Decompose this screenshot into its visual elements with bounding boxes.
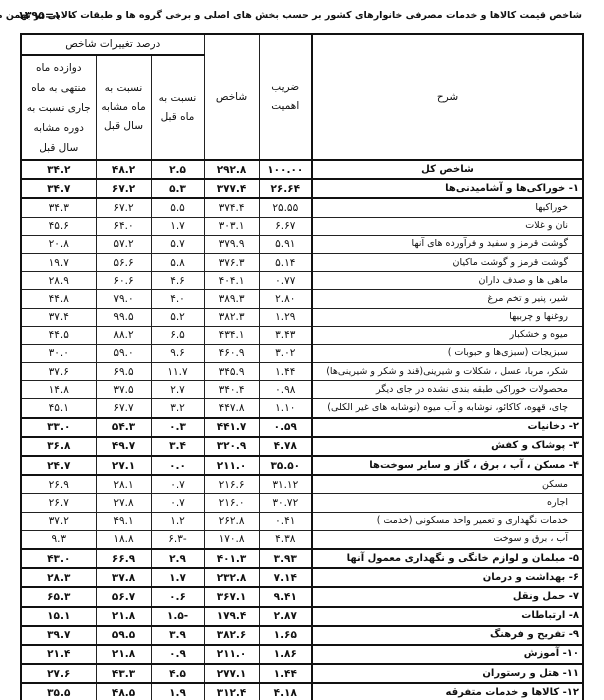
row-change-prev-month: ۰.۹ — [151, 645, 204, 664]
row-index: ۲۹۲.۸ — [204, 160, 259, 179]
header-vs-prev-month: نسبت به ماه قبل — [151, 55, 204, 160]
row-change-same-month-prev-year: ۲۷.۱ — [96, 456, 151, 475]
row-index: ۳۴۰.۴ — [204, 381, 259, 399]
row-change-same-month-prev-year: ۴۸.۲ — [96, 160, 151, 179]
row-description: آب ، برق و سوخت — [312, 530, 583, 549]
row-change-prev-month: ۰.۷ — [151, 475, 204, 494]
row-weight: ۵.۹۱ — [259, 235, 312, 253]
row-index: ۳۱۲.۴ — [204, 683, 259, 700]
row-description: شاخص کل — [312, 160, 583, 179]
row-change-twelve-month: ۴۵.۱ — [21, 399, 96, 418]
row-description: ۱۲- کالاها و خدمات متفرقه — [312, 683, 583, 700]
row-index: ۳۸۲.۳ — [204, 308, 259, 326]
row-change-same-month-prev-year: ۵۶.۷ — [96, 587, 151, 606]
row-weight: ۹.۴۱ — [259, 587, 312, 606]
row-change-twelve-month: ۲۴.۷ — [21, 456, 96, 475]
row-change-same-month-prev-year: ۳۷.۵ — [96, 381, 151, 399]
row-change-prev-month: ۵.۲ — [151, 308, 204, 326]
row-change-same-month-prev-year: ۵۹.۰ — [96, 344, 151, 362]
row-change-twelve-month: ۳۷.۴ — [21, 308, 96, 326]
row-change-prev-month: ۳.۲ — [151, 399, 204, 418]
row-weight: ۱۰۰.۰۰ — [259, 160, 312, 179]
row-index: ۱۷۹.۴ — [204, 607, 259, 626]
row-description: خدمات نگهداری و تعمیر واحد مسکونی (خدمت … — [312, 512, 583, 530]
row-description: ۲- دخانیات — [312, 418, 583, 437]
row-description: ۶- بهداشت و درمان — [312, 568, 583, 587]
row-change-prev-month: ۰.۶ — [151, 587, 204, 606]
row-description: اجاره — [312, 494, 583, 512]
table-row: ۲- دخانیات۰.۵۹۴۴۱.۷۰.۳۵۴.۳۳۳.۰ — [21, 418, 583, 437]
row-description: چای، قهوه، کاکائو، نوشابه و آب میوه (نوش… — [312, 399, 583, 418]
row-change-prev-month: ۱۱.۷ — [151, 363, 204, 381]
base-year-label: ۱۳۹۵=۱۰۰ — [18, 9, 74, 22]
row-change-same-month-prev-year: ۱۸.۸ — [96, 530, 151, 549]
row-weight: ۱.۱۰ — [259, 399, 312, 418]
row-change-twelve-month: ۹.۳ — [21, 530, 96, 549]
row-change-twelve-month: ۱۴.۸ — [21, 381, 96, 399]
row-description: ۹- تفریح و فرهنگ — [312, 626, 583, 645]
row-weight: ۲۶.۶۴ — [259, 179, 312, 198]
row-weight: ۱.۴۴ — [259, 363, 312, 381]
row-change-prev-month: ۱.۲ — [151, 512, 204, 530]
row-change-prev-month: ۲.۹ — [151, 549, 204, 568]
row-change-twelve-month: ۳۴.۷ — [21, 179, 96, 198]
table-row: ۱۲- کالاها و خدمات متفرقه۴.۱۸۳۱۲.۴۱.۹۴۸.… — [21, 683, 583, 700]
row-weight: ۰.۵۹ — [259, 418, 312, 437]
row-change-same-month-prev-year: ۶۷.۲ — [96, 198, 151, 217]
row-change-same-month-prev-year: ۲۷.۸ — [96, 494, 151, 512]
table-row: مسکن۳۱.۱۲۲۱۶.۶۰.۷۲۸.۱۲۶.۹ — [21, 475, 583, 494]
table-row: خوراکیها۲۵.۵۵۳۷۴.۴۵.۵۶۷.۲۳۴.۳ — [21, 198, 583, 217]
row-weight: ۳.۹۳ — [259, 549, 312, 568]
row-change-same-month-prev-year: ۲۱.۸ — [96, 645, 151, 664]
row-change-twelve-month: ۱۹.۷ — [21, 253, 96, 271]
row-index: ۲۱۱.۰ — [204, 645, 259, 664]
row-index: ۴۳۴.۱ — [204, 326, 259, 344]
row-change-twelve-month: ۳۰.۰ — [21, 344, 96, 362]
row-change-same-month-prev-year: ۵۷.۲ — [96, 235, 151, 253]
row-index: ۴۴۷.۸ — [204, 399, 259, 418]
row-weight: ۰.۹۸ — [259, 381, 312, 399]
row-weight: ۶.۶۷ — [259, 217, 312, 235]
table-row: چای، قهوه، کاکائو، نوشابه و آب میوه (نوش… — [21, 399, 583, 418]
row-change-prev-month: ۵.۷ — [151, 235, 204, 253]
row-weight: ۰.۷۷ — [259, 272, 312, 290]
table-row: ۶- بهداشت و درمان۷.۱۴۲۳۲.۸۱.۷۳۷.۸۲۸.۳ — [21, 568, 583, 587]
row-change-same-month-prev-year: ۴۹.۱ — [96, 512, 151, 530]
row-description: مسکن — [312, 475, 583, 494]
row-index: ۲۱۶.۶ — [204, 475, 259, 494]
row-index: ۳۷۴.۴ — [204, 198, 259, 217]
table-row: ماهی ها و صدف داران۰.۷۷۴۰۴.۱۴.۶۶۰.۶۲۸.۹ — [21, 272, 583, 290]
row-change-twelve-month: ۳۴.۲ — [21, 160, 96, 179]
row-change-same-month-prev-year: ۳۷.۸ — [96, 568, 151, 587]
row-change-prev-month: ۴.۵ — [151, 664, 204, 683]
table-row: ۱۰- آموزش۱.۸۶۲۱۱.۰۰.۹۲۱.۸۲۱.۴ — [21, 645, 583, 664]
table-row: روغنها و چربیها۱.۲۹۳۸۲.۳۵.۲۹۹.۵۳۷.۴ — [21, 308, 583, 326]
table-row: ۱- خوراکی‌ها و آشامیدنی‌ها۲۶.۶۴۳۷۷.۴۵.۳۶… — [21, 179, 583, 198]
row-change-twelve-month: ۲۷.۶ — [21, 664, 96, 683]
row-description: ۴- مسکن ، آب ، برق ، گاز و سایر سوخت‌ها — [312, 456, 583, 475]
row-change-prev-month: ۰.۷ — [151, 494, 204, 512]
row-description: ۸- ارتباطات — [312, 607, 583, 626]
table-row: میوه و خشکبار۳.۴۳۴۳۴.۱۶.۵۸۸.۲۴۴.۵ — [21, 326, 583, 344]
row-weight: ۴.۳۸ — [259, 530, 312, 549]
cpi-table: شرح ضریب اهمیت شاخص درصد تغییرات شاخص نس… — [20, 33, 584, 700]
row-change-twelve-month: ۳۴.۳ — [21, 198, 96, 217]
row-change-prev-month: ۳.۹ — [151, 626, 204, 645]
row-change-twelve-month: ۲۶.۷ — [21, 494, 96, 512]
row-change-prev-month: ۰.۰ — [151, 456, 204, 475]
row-index: ۳۴۵.۹ — [204, 363, 259, 381]
row-change-twelve-month: ۲۸.۹ — [21, 272, 96, 290]
row-change-prev-month: -۶.۳ — [151, 530, 204, 549]
row-weight: ۱.۲۹ — [259, 308, 312, 326]
row-change-prev-month: ۱.۹ — [151, 683, 204, 700]
header-weight: ضریب اهمیت — [259, 34, 312, 160]
row-weight: ۴.۷۸ — [259, 437, 312, 456]
row-index: ۳۸۹.۳ — [204, 290, 259, 308]
row-change-twelve-month: ۳۷.۶ — [21, 363, 96, 381]
row-change-twelve-month: ۶۵.۳ — [21, 587, 96, 606]
row-description: شکر، مربا، عسل ، شکلات و شیرینی(قند و شک… — [312, 363, 583, 381]
row-description: ۱- خوراکی‌ها و آشامیدنی‌ها — [312, 179, 583, 198]
row-index: ۲۳۲.۸ — [204, 568, 259, 587]
row-change-prev-month: ۵.۸ — [151, 253, 204, 271]
row-change-prev-month: ۲.۷ — [151, 381, 204, 399]
row-change-prev-month: ۵.۵ — [151, 198, 204, 217]
row-change-twelve-month: ۲۰.۸ — [21, 235, 96, 253]
row-index: ۳۷۷.۴ — [204, 179, 259, 198]
document-title: شاخص قیمت کالاها و خدمات مصرفی خانوارهای… — [0, 10, 582, 21]
row-index: ۳۲۰.۹ — [204, 437, 259, 456]
table-row: شاخص کل۱۰۰.۰۰۲۹۲.۸۲.۵۴۸.۲۳۴.۲ — [21, 160, 583, 179]
row-change-same-month-prev-year: ۴۳.۳ — [96, 664, 151, 683]
table-body: شاخص کل۱۰۰.۰۰۲۹۲.۸۲.۵۴۸.۲۳۴.۲۱- خوراکی‌ه… — [21, 160, 583, 700]
row-weight: ۵.۱۴ — [259, 253, 312, 271]
row-change-prev-month: ۵.۳ — [151, 179, 204, 198]
row-description: شیر، پنیر و تخم مرغ — [312, 290, 583, 308]
table-row: ۱۱- هتل و رستوران۱.۴۴۲۷۷.۱۴.۵۴۳.۳۲۷.۶ — [21, 664, 583, 683]
row-change-same-month-prev-year: ۵۴.۳ — [96, 418, 151, 437]
row-index: ۳۶۷.۱ — [204, 587, 259, 606]
row-weight: ۲۵.۵۵ — [259, 198, 312, 217]
row-index: ۲۷۷.۱ — [204, 664, 259, 683]
row-change-prev-month: ۴.۰ — [151, 290, 204, 308]
row-change-same-month-prev-year: ۷۹.۰ — [96, 290, 151, 308]
row-change-prev-month: ۹.۶ — [151, 344, 204, 362]
row-index: ۴۴۱.۷ — [204, 418, 259, 437]
row-change-prev-month: ۰.۳ — [151, 418, 204, 437]
row-weight: ۰.۴۱ — [259, 512, 312, 530]
row-weight: ۳.۴۳ — [259, 326, 312, 344]
row-description: ۱۱- هتل و رستوران — [312, 664, 583, 683]
row-change-twelve-month: ۳۶.۸ — [21, 437, 96, 456]
row-index: ۴۰۱.۳ — [204, 549, 259, 568]
row-description: سبزیجات (سبزی‌ها و حبوبات ) — [312, 344, 583, 362]
table-row: ۷- حمل ونقل۹.۴۱۳۶۷.۱۰.۶۵۶.۷۶۵.۳ — [21, 587, 583, 606]
row-description: محصولات خوراکی طبقه بندی نشده در جای دیگ… — [312, 381, 583, 399]
table-row: ۹- تفریح و فرهنگ۱.۶۵۳۸۲.۶۳.۹۵۹.۵۳۹.۷ — [21, 626, 583, 645]
row-description: نان و غلات — [312, 217, 583, 235]
row-change-same-month-prev-year: ۹۹.۵ — [96, 308, 151, 326]
table-row: نان و غلات۶.۶۷۳۰۳.۱۱.۷۶۴.۰۴۵.۶ — [21, 217, 583, 235]
table-row: سبزیجات (سبزی‌ها و حبوبات )۳.۰۲۴۶۰.۹۹.۶۵… — [21, 344, 583, 362]
row-weight: ۲.۸۷ — [259, 607, 312, 626]
row-change-same-month-prev-year: ۶۷.۷ — [96, 399, 151, 418]
header-pct-change-group: درصد تغییرات شاخص — [21, 34, 204, 55]
row-change-prev-month: ۲.۵ — [151, 160, 204, 179]
table-row: گوشت قرمز و گوشت ماکیان۵.۱۴۳۷۶.۳۵.۸۵۶.۶۱… — [21, 253, 583, 271]
row-weight: ۱.۸۶ — [259, 645, 312, 664]
row-change-twelve-month: ۲۸.۳ — [21, 568, 96, 587]
row-weight: ۳۰.۷۲ — [259, 494, 312, 512]
row-index: ۲۱۶.۰ — [204, 494, 259, 512]
table-row: آب ، برق و سوخت۴.۳۸۱۷۰.۸-۶.۳۱۸.۸۹.۳ — [21, 530, 583, 549]
row-index: ۳۷۶.۳ — [204, 253, 259, 271]
row-index: ۱۷۰.۸ — [204, 530, 259, 549]
row-description: ۵- مبلمان و لوازم خانگی و نگهداری معمول … — [312, 549, 583, 568]
row-change-same-month-prev-year: ۶۹.۵ — [96, 363, 151, 381]
row-change-twelve-month: ۳۹.۷ — [21, 626, 96, 645]
row-change-same-month-prev-year: ۶۴.۰ — [96, 217, 151, 235]
row-description: ۳- پوشاک و کفش — [312, 437, 583, 456]
row-description: گوشت قرمز و گوشت ماکیان — [312, 253, 583, 271]
table-row: ۵- مبلمان و لوازم خانگی و نگهداری معمول … — [21, 549, 583, 568]
row-change-prev-month: ۶.۵ — [151, 326, 204, 344]
table-row: ۳- پوشاک و کفش۴.۷۸۳۲۰.۹۳.۴۴۹.۷۳۶.۸ — [21, 437, 583, 456]
row-change-same-month-prev-year: ۶۰.۶ — [96, 272, 151, 290]
row-change-prev-month: -۱.۵ — [151, 607, 204, 626]
row-change-twelve-month: ۴۴.۵ — [21, 326, 96, 344]
row-description: میوه و خشکبار — [312, 326, 583, 344]
table-row: محصولات خوراکی طبقه بندی نشده در جای دیگ… — [21, 381, 583, 399]
table-row: ۸- ارتباطات۲.۸۷۱۷۹.۴-۱.۵۲۱.۸۱۵.۱ — [21, 607, 583, 626]
row-weight: ۴.۱۸ — [259, 683, 312, 700]
row-weight: ۱.۴۴ — [259, 664, 312, 683]
row-index: ۴۶۰.۹ — [204, 344, 259, 362]
table-row: خدمات نگهداری و تعمیر واحد مسکونی (خدمت … — [21, 512, 583, 530]
row-index: ۳۸۲.۶ — [204, 626, 259, 645]
row-change-twelve-month: ۳۷.۲ — [21, 512, 96, 530]
row-description: گوشت قرمز و سفید و فرآورده های آنها — [312, 235, 583, 253]
row-index: ۳۷۹.۹ — [204, 235, 259, 253]
header-vs-same-month-prev-year: نسبت به ماه مشابه سال قبل — [96, 55, 151, 160]
row-weight: ۳.۰۲ — [259, 344, 312, 362]
row-change-same-month-prev-year: ۲۱.۸ — [96, 607, 151, 626]
table-row: شیر، پنیر و تخم مرغ۲.۸۰۳۸۹.۳۴.۰۷۹.۰۴۴.۸ — [21, 290, 583, 308]
row-change-twelve-month: ۴۴.۸ — [21, 290, 96, 308]
row-change-same-month-prev-year: ۶۷.۲ — [96, 179, 151, 198]
row-change-same-month-prev-year: ۵۶.۶ — [96, 253, 151, 271]
row-change-same-month-prev-year: ۴۸.۵ — [96, 683, 151, 700]
row-change-same-month-prev-year: ۲۸.۱ — [96, 475, 151, 494]
row-change-same-month-prev-year: ۴۹.۷ — [96, 437, 151, 456]
header-description: شرح — [312, 34, 583, 160]
row-change-prev-month: ۱.۷ — [151, 568, 204, 587]
row-change-prev-month: ۱.۷ — [151, 217, 204, 235]
row-change-twelve-month: ۳۳.۰ — [21, 418, 96, 437]
row-weight: ۱.۶۵ — [259, 626, 312, 645]
row-description: ماهی ها و صدف داران — [312, 272, 583, 290]
row-index: ۲۶۲.۸ — [204, 512, 259, 530]
row-weight: ۳۱.۱۲ — [259, 475, 312, 494]
table-row: ۴- مسکن ، آب ، برق ، گاز و سایر سوخت‌ها۳… — [21, 456, 583, 475]
row-change-twelve-month: ۳۵.۵ — [21, 683, 96, 700]
row-index: ۴۰۴.۱ — [204, 272, 259, 290]
header-index: شاخص — [204, 34, 259, 160]
row-index: ۲۱۱.۰ — [204, 456, 259, 475]
header-twelve-month: دوازده ماه منتهی به ماه جاری نسبت به دور… — [21, 55, 96, 160]
row-change-prev-month: ۳.۴ — [151, 437, 204, 456]
row-description: خوراکیها — [312, 198, 583, 217]
row-change-twelve-month: ۲۶.۹ — [21, 475, 96, 494]
row-change-twelve-month: ۱۵.۱ — [21, 607, 96, 626]
row-change-twelve-month: ۲۱.۴ — [21, 645, 96, 664]
row-change-twelve-month: ۴۵.۶ — [21, 217, 96, 235]
row-change-prev-month: ۴.۶ — [151, 272, 204, 290]
row-index: ۳۰۳.۱ — [204, 217, 259, 235]
table-row: شکر، مربا، عسل ، شکلات و شیرینی(قند و شک… — [21, 363, 583, 381]
row-description: ۷- حمل ونقل — [312, 587, 583, 606]
table-row: اجاره۳۰.۷۲۲۱۶.۰۰.۷۲۷.۸۲۶.۷ — [21, 494, 583, 512]
row-change-same-month-prev-year: ۸۸.۲ — [96, 326, 151, 344]
table-row: گوشت قرمز و سفید و فرآورده های آنها۵.۹۱۳… — [21, 235, 583, 253]
row-weight: ۲.۸۰ — [259, 290, 312, 308]
row-description: روغنها و چربیها — [312, 308, 583, 326]
row-weight: ۷.۱۴ — [259, 568, 312, 587]
row-change-same-month-prev-year: ۵۹.۵ — [96, 626, 151, 645]
row-change-same-month-prev-year: ۶۶.۹ — [96, 549, 151, 568]
row-change-twelve-month: ۴۳.۰ — [21, 549, 96, 568]
row-description: ۱۰- آموزش — [312, 645, 583, 664]
row-weight: ۳۵.۵۰ — [259, 456, 312, 475]
